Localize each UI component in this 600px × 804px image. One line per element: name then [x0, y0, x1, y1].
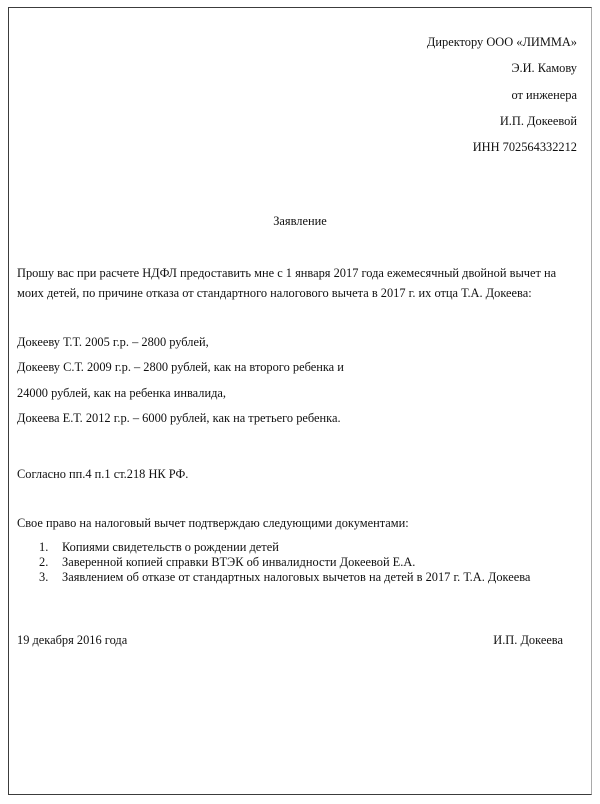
addressee-name: Э.И. Камову — [511, 61, 577, 76]
sender-inn: ИНН 702564332212 — [473, 140, 577, 155]
sender-name: И.П. Докеевой — [500, 114, 577, 129]
intro-line-2: моих детей, по причине отказа от стандар… — [17, 286, 532, 301]
child-line: 24000 рублей, как на ребенка инвалида, — [17, 386, 226, 401]
legal-basis: Согласно пп.4 п.1 ст.218 НК РФ. — [17, 467, 188, 482]
list-item: Заявлением об отказе от стандартных нало… — [62, 570, 530, 585]
list-item-number: 2. — [39, 555, 48, 570]
document-page: Директору ООО «ЛИММА» Э.И. Камову от инж… — [8, 7, 592, 795]
list-item: Заверенной копией справки ВТЭК об инвали… — [62, 555, 415, 570]
document-date: 19 декабря 2016 года — [17, 633, 127, 648]
child-line: Докеева Е.Т. 2012 г.р. – 6000 рублей, ка… — [17, 411, 341, 426]
addressee-director: Директору ООО «ЛИММА» — [427, 35, 577, 50]
list-item-number: 1. — [39, 540, 48, 555]
documents-intro: Свое право на налоговый вычет подтвержда… — [17, 516, 409, 531]
document-title: Заявление — [9, 214, 591, 229]
intro-line-1: Прошу вас при расчете НДФЛ предоставить … — [17, 266, 556, 281]
child-line: Докееву С.Т. 2009 г.р. – 2800 рублей, ка… — [17, 360, 344, 375]
list-item-number: 3. — [39, 570, 48, 585]
sender-position: от инженера — [511, 88, 577, 103]
list-item: Копиями свидетельств о рождении детей — [62, 540, 279, 555]
child-line: Докееву Т.Т. 2005 г.р. – 2800 рублей, — [17, 335, 209, 350]
signature-name: И.П. Докеева — [493, 633, 563, 648]
